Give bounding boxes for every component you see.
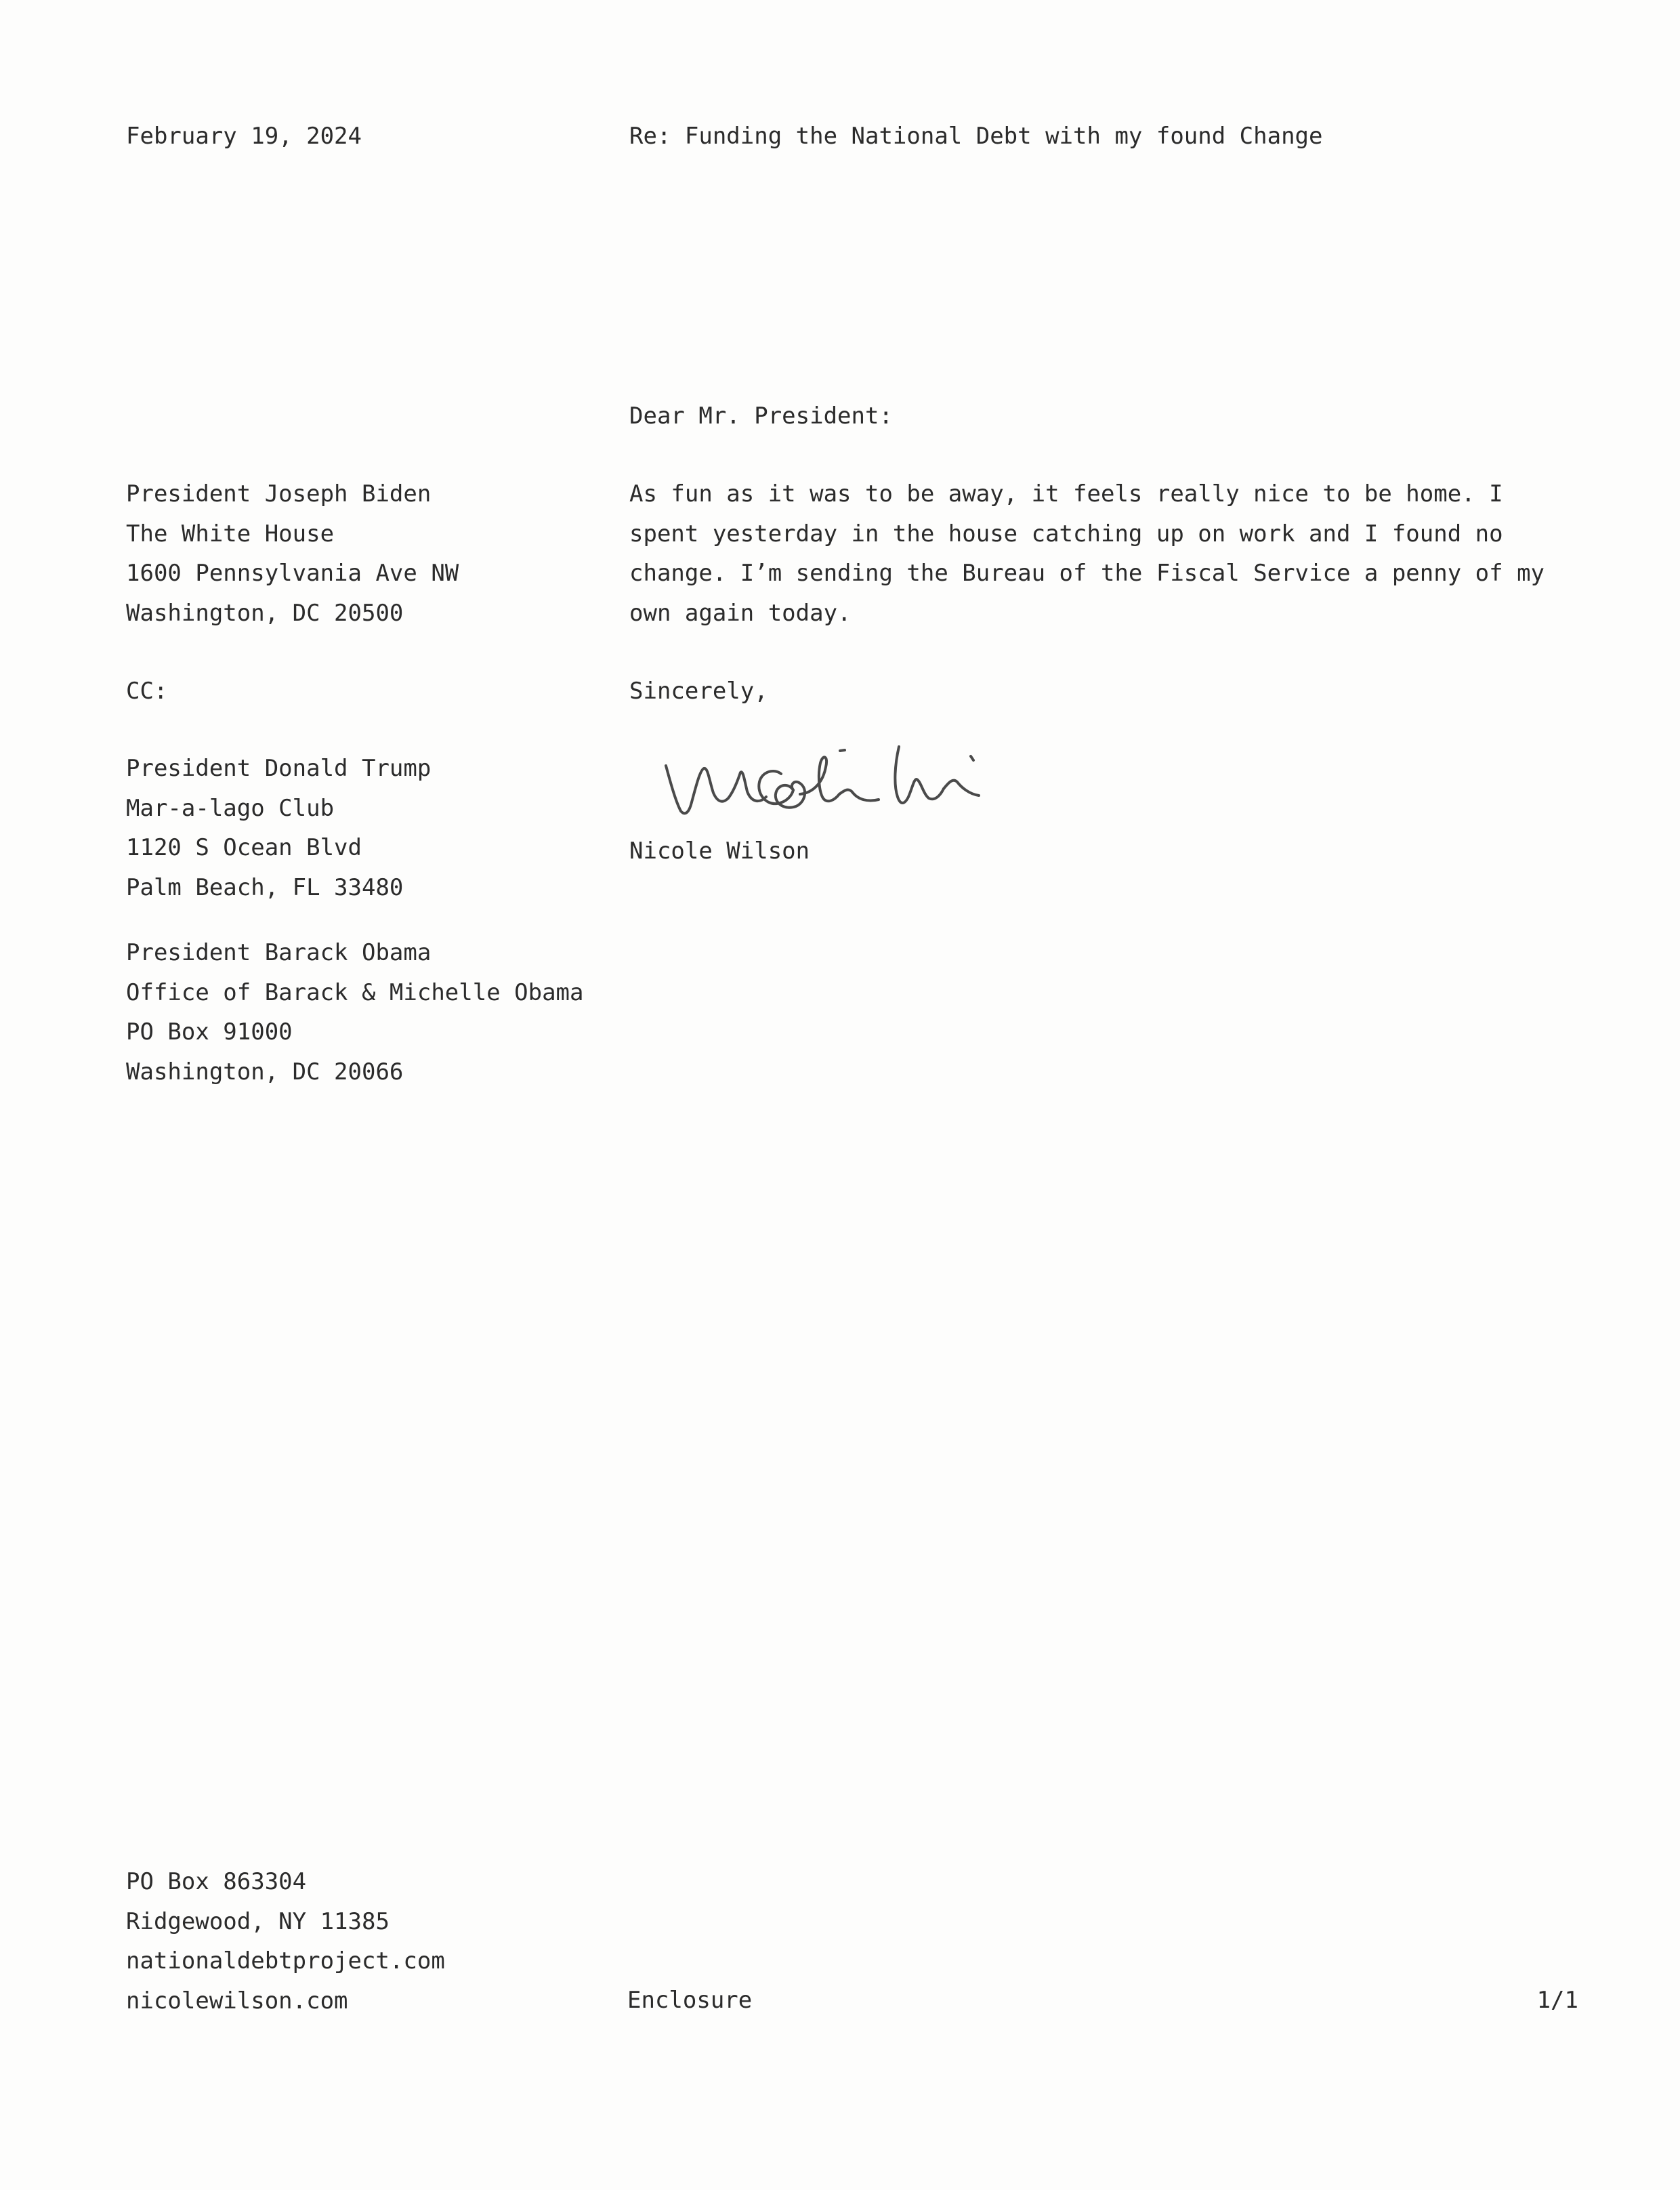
body-line: change. I’m sending the Bureau of the Fi… bbox=[629, 560, 1545, 600]
body-line: own again today. bbox=[629, 600, 1545, 640]
enclosure-note: Enclosure bbox=[627, 1987, 752, 2014]
signature-icon bbox=[660, 740, 992, 825]
cc-line: Mar-a-lago Club bbox=[126, 795, 431, 835]
recipient-line: 1600 Pennsylvania Ave NW bbox=[126, 560, 459, 600]
cc-label: CC: bbox=[126, 678, 167, 705]
recipient-address: President Joseph Biden The White House 1… bbox=[126, 480, 459, 639]
cc-line: Office of Barack & Michelle Obama bbox=[126, 979, 584, 1019]
sender-link[interactable]: nationaldebtproject.com bbox=[126, 1947, 445, 1987]
page-number: 1/1 bbox=[1537, 1987, 1578, 2014]
cc-line: President Donald Trump bbox=[126, 755, 431, 795]
cc-line: President Barack Obama bbox=[126, 939, 584, 979]
recipient-line: The White House bbox=[126, 520, 459, 560]
closing: Sincerely, bbox=[629, 678, 768, 705]
cc-line: 1120 S Ocean Blvd bbox=[126, 834, 431, 874]
cc-line: PO Box 91000 bbox=[126, 1018, 584, 1058]
letter-body: As fun as it was to be away, it feels re… bbox=[629, 480, 1545, 639]
signer-name: Nicole Wilson bbox=[629, 838, 810, 865]
letter-date: February 19, 2024 bbox=[126, 123, 362, 150]
sender-address: PO Box 863304 Ridgewood, NY 11385 nation… bbox=[126, 1868, 445, 2027]
recipient-line: Washington, DC 20500 bbox=[126, 600, 459, 640]
sender-link[interactable]: nicolewilson.com bbox=[126, 1987, 445, 2027]
sender-line: Ridgewood, NY 11385 bbox=[126, 1908, 445, 1948]
body-line: As fun as it was to be away, it feels re… bbox=[629, 480, 1545, 520]
salutation: Dear Mr. President: bbox=[629, 402, 893, 430]
cc-line: Washington, DC 20066 bbox=[126, 1058, 584, 1098]
cc-line: Palm Beach, FL 33480 bbox=[126, 874, 431, 914]
cc-recipient-obama: President Barack Obama Office of Barack … bbox=[126, 939, 584, 1098]
letter-subject: Re: Funding the National Debt with my fo… bbox=[629, 123, 1323, 150]
recipient-line: President Joseph Biden bbox=[126, 480, 459, 520]
body-line: spent yesterday in the house catching up… bbox=[629, 520, 1545, 560]
cc-recipient-trump: President Donald Trump Mar-a-lago Club 1… bbox=[126, 755, 431, 913]
sender-line: PO Box 863304 bbox=[126, 1868, 445, 1908]
